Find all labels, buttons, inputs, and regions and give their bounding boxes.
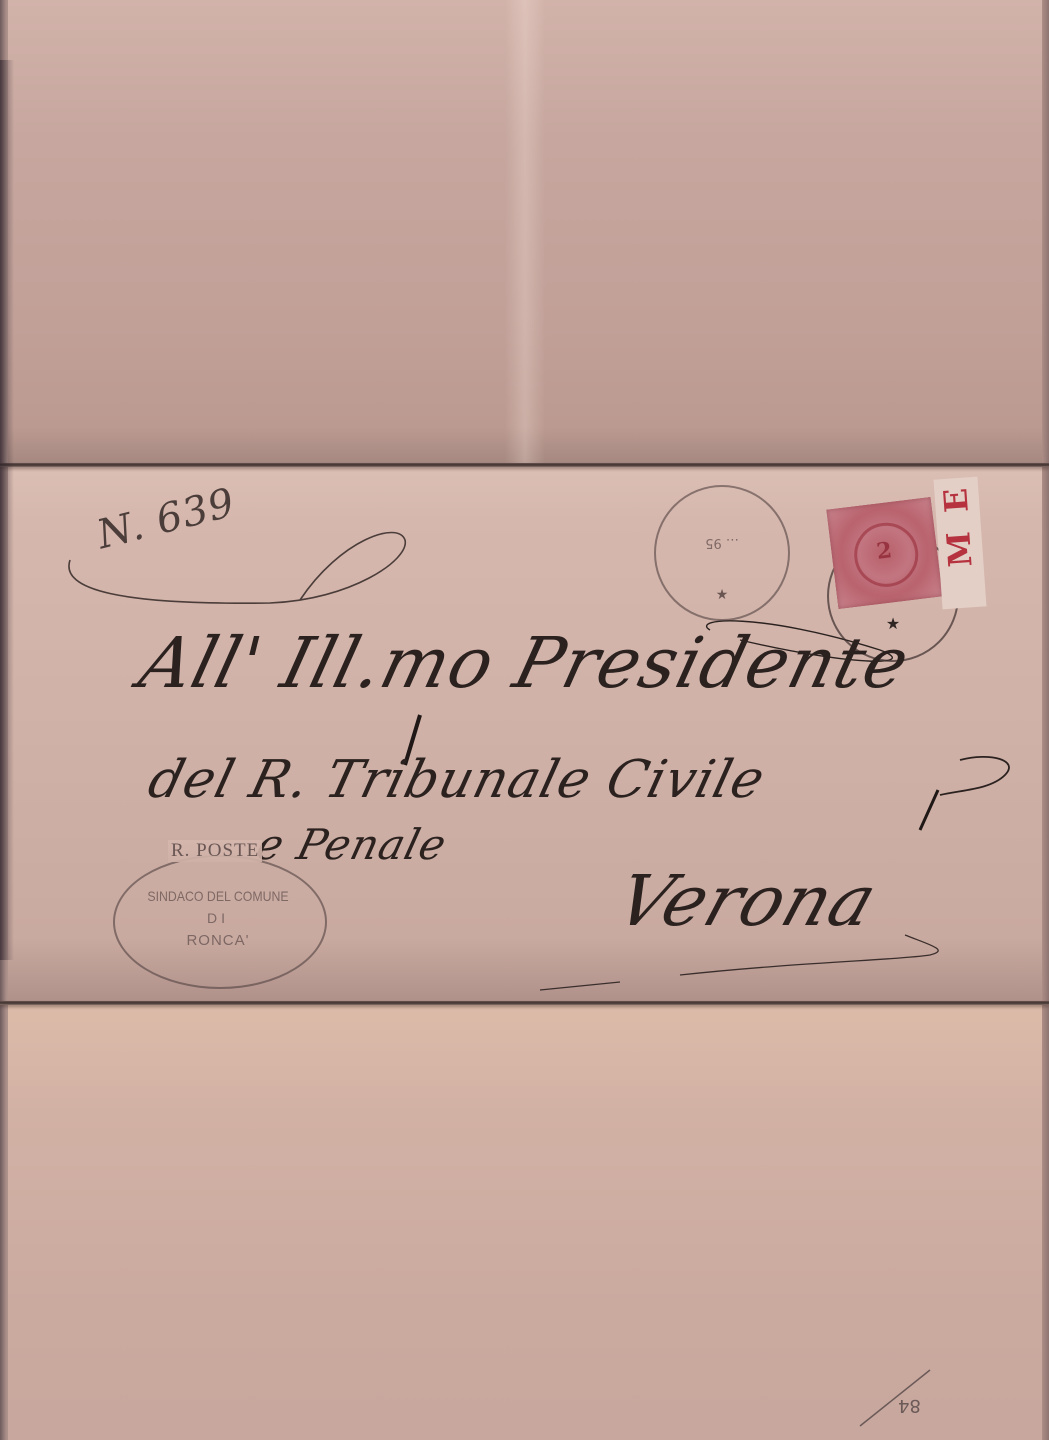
pencil-annotation: 84 bbox=[898, 1395, 921, 1416]
address-city: Verona bbox=[607, 860, 888, 942]
postmark-circular-left: … 95 ★ bbox=[654, 485, 790, 621]
selvage-imprint: M E bbox=[936, 483, 982, 569]
stamp-selvage: M E bbox=[934, 477, 987, 610]
cachet-header: R. POSTE bbox=[168, 840, 262, 862]
address-line-2: del R. Tribunale Civile bbox=[143, 750, 772, 810]
vertical-crease bbox=[505, 0, 545, 464]
cachet-line-3: RONCA' bbox=[113, 932, 323, 949]
pencil-slash-mark bbox=[855, 1368, 935, 1428]
address-line-3: e Penale bbox=[252, 820, 452, 869]
fold-line-lower bbox=[0, 1001, 1049, 1005]
postage-stamp: 2 bbox=[826, 497, 942, 609]
cachet-line-2: DI bbox=[113, 910, 323, 926]
address-line-1: All' Ill.mo Presidente bbox=[132, 622, 918, 704]
edge-shadow bbox=[0, 60, 14, 960]
fold-line-upper bbox=[0, 463, 1049, 467]
postmark-left-text: … 95 bbox=[656, 535, 788, 550]
letter-sheet bbox=[0, 0, 1049, 1440]
postmark-left-star-icon: ★ bbox=[656, 587, 788, 603]
cachet-line-1: SINDACO DEL COMUNE bbox=[126, 888, 311, 904]
